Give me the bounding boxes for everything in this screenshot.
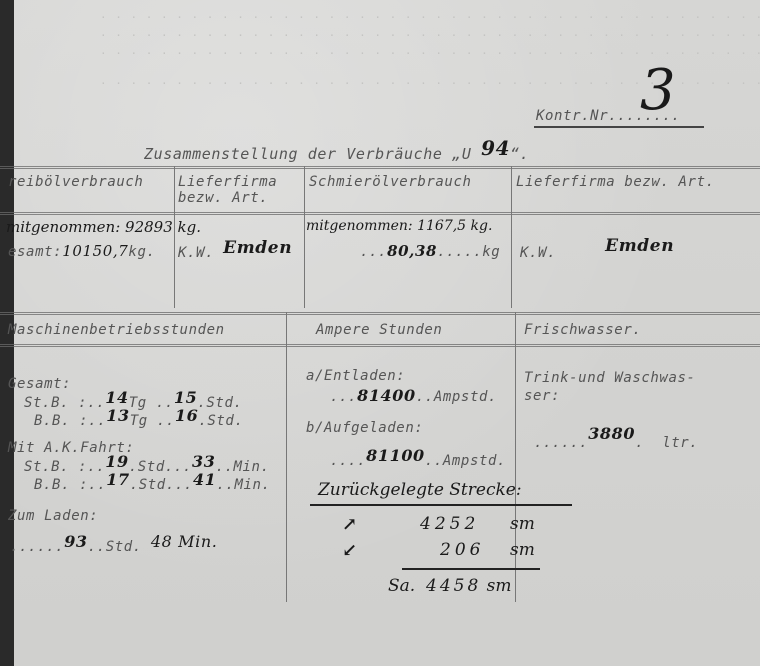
title-suffix: “.	[510, 145, 529, 163]
charging-hours: 93	[64, 532, 87, 551]
fuel-taken: mitgenommen: 92893 kg.	[6, 218, 201, 236]
water-label-2: ser:	[524, 388, 560, 404]
days-unit: Tg	[130, 413, 148, 429]
distance-value: 4252	[420, 514, 479, 534]
fuel-taken-value: 92893 kg.	[125, 218, 201, 236]
hours-value: 15	[174, 388, 197, 407]
ak-row: St.B. :..19.Std...33..Min.	[24, 456, 270, 475]
hours-value: 17	[106, 470, 129, 489]
fuel-total-value: 10150,7	[62, 242, 128, 260]
days-value: 14	[105, 388, 128, 407]
lube-taken: mitgenommen: 1167,5 kg.	[306, 218, 492, 234]
table-rule	[0, 166, 760, 169]
column-divider	[304, 166, 305, 308]
charging-time: ......93..Std. 48 Min.	[10, 536, 217, 555]
lube-total-value: 80,38	[387, 242, 437, 260]
water-label-1: Trink-und Waschwas-	[524, 370, 696, 386]
title-prefix: Zusammenstellung der Verbräuche „U	[144, 145, 471, 163]
supplier-1-prefix: K.W.	[178, 245, 214, 261]
machine-hours-row: B.B. :..13Tg ..16.Std.	[34, 410, 244, 429]
sum-line	[402, 568, 540, 570]
distance-heading: Zurückgelegte Strecke:	[318, 480, 522, 500]
hours-unit: Std.	[206, 395, 242, 411]
lube-total: ...80,38.....kg	[360, 242, 500, 260]
total-label: Gesamt:	[8, 376, 71, 392]
bleed-through-text: . . . . . . . . . . . . . . . . . . . . …	[100, 26, 760, 39]
fuel-total-label: esamt:	[8, 244, 62, 260]
column-divider	[286, 312, 287, 602]
fuel-total-unit: kg.	[128, 244, 155, 260]
header-supplier-1-sub: bezw. Art.	[178, 190, 268, 206]
distance-value: 206	[440, 540, 484, 560]
days-unit: Tg	[129, 395, 147, 411]
lube-taken-label: mitgenommen:	[306, 218, 413, 234]
charging-label: Zum Laden:	[8, 508, 98, 524]
row-label: B.B.	[34, 477, 70, 493]
sum-unit: sm	[487, 576, 512, 596]
header-ampere-hours: Ampere Stunden	[316, 322, 442, 338]
document-title: Zusammenstellung der Verbräuche „U 94“.	[144, 140, 529, 164]
header-supplier-2: Lieferfirma bezw. Art.	[516, 174, 715, 190]
control-number-label: Kontr.Nr........	[536, 108, 680, 124]
column-divider	[511, 166, 512, 308]
water-value-row: ......3880. ltr.	[534, 432, 698, 451]
row-label: B.B.	[34, 413, 70, 429]
machine-hours-row: St.B. :..14Tg ..15.Std.	[24, 392, 243, 411]
table-rule	[0, 344, 760, 347]
hours-value: 19	[105, 452, 128, 471]
table-rule	[0, 312, 760, 315]
supplier-2-value: Emden	[605, 236, 674, 256]
minutes-unit: Min.	[234, 477, 270, 493]
discharged-value: 81400	[357, 386, 416, 405]
supplier-1-value: Emden	[223, 238, 292, 258]
fuel-taken-label: mitgenommen:	[6, 218, 120, 236]
minutes-value: 41	[193, 470, 216, 489]
distance-unit: sm	[510, 514, 535, 534]
distance-sum: Sa. 4458 sm	[388, 576, 512, 596]
hours-unit: Std.	[138, 459, 174, 475]
discharged: ...81400..Ampstd.	[330, 386, 497, 405]
hours-unit: Std.	[139, 477, 175, 493]
charging-minutes: 48 Min.	[151, 532, 218, 551]
table-rule	[0, 212, 760, 215]
header-fresh-water: Frischwasser.	[524, 322, 641, 338]
charged-value: 81100	[366, 446, 425, 465]
header-machine-hours: Maschinenbetriebsstunden	[8, 322, 225, 338]
boat-number: 94	[481, 136, 510, 160]
supplier-1: K.W. Emden	[178, 242, 292, 262]
sum-value: 4458	[426, 576, 481, 596]
bleed-through-text: . . . . . . . . . . . . . . . . . . . . …	[100, 8, 760, 21]
header-fuel-oil: reibölverbrauch	[8, 174, 143, 190]
surface-arrow-icon: ↗	[342, 514, 357, 535]
submerged-arrow-icon: ↙	[342, 540, 357, 561]
supplier-2-prefix: K.W.	[520, 245, 556, 261]
ak-row: B.B. :..17.Std...41..Min.	[34, 474, 271, 493]
header-supplier-1: Lieferfirma	[178, 174, 277, 190]
charged-unit: Ampstd.	[443, 453, 506, 469]
bleed-through-text: . . . . . . . . . . . . . . . . . . . . …	[100, 44, 760, 57]
charged: ....81100..Ampstd.	[330, 450, 506, 469]
row-label: St.B.	[24, 395, 69, 411]
distance-unit: sm	[510, 540, 535, 560]
water-value: 3880	[588, 424, 635, 443]
minutes-unit: Min.	[234, 459, 270, 475]
lube-taken-value: 1167,5 kg.	[417, 218, 492, 234]
control-underline	[534, 126, 704, 128]
hours-unit: Std.	[207, 413, 243, 429]
hours-value: 16	[175, 406, 198, 425]
fuel-total: esamt:10150,7kg.	[8, 242, 156, 260]
row-label: St.B.	[24, 459, 69, 475]
minutes-value: 33	[192, 452, 215, 471]
sum-label: Sa.	[388, 576, 415, 596]
days-value: 13	[106, 406, 129, 425]
water-unit: ltr.	[662, 435, 698, 451]
discharged-unit: Ampstd.	[434, 389, 497, 405]
charged-label: b/Aufgeladen:	[306, 420, 423, 436]
distance-heading-underline	[310, 504, 572, 506]
charging-hours-unit: Std.	[106, 539, 142, 555]
supplier-2: K.W. Emden	[520, 242, 634, 262]
column-divider	[174, 166, 175, 308]
lube-total-unit: kg	[482, 244, 500, 260]
discharged-label: a/Entladen:	[306, 368, 405, 384]
header-lube-oil: Schmierölverbrauch	[309, 174, 472, 190]
